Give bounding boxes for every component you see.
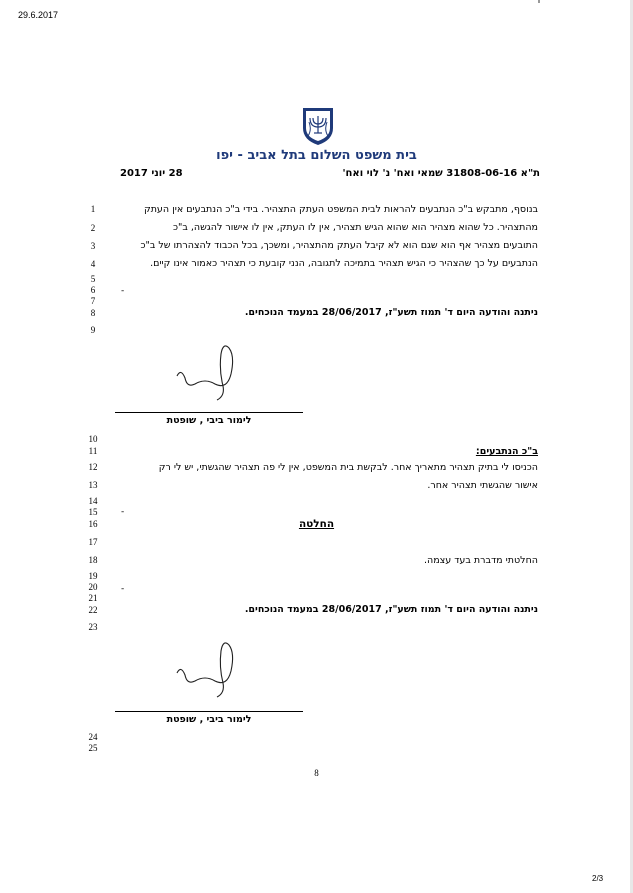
- line-number: 6: [86, 285, 100, 295]
- judge-name-2: לימור ביבי , שופטת: [115, 714, 303, 725]
- line-number: 8: [86, 308, 100, 318]
- line-number: 5: [86, 274, 100, 284]
- court-name: בית משפט השלום בתל אביב - יפו: [0, 148, 633, 163]
- print-page-indicator: 2/3: [592, 874, 603, 883]
- body-line-1: בנוסף, מתבקש ב"כ הנתבעים להראות לבית המש…: [120, 204, 538, 215]
- body-line-18: החלטתי מדברת בעד עצמה.: [120, 555, 538, 566]
- signature-line: [115, 711, 303, 712]
- line-number: 11: [86, 446, 100, 456]
- line-number: 23: [86, 622, 100, 632]
- dash-mark: -: [121, 286, 124, 296]
- dash-mark: -: [121, 507, 124, 517]
- signature-line: [115, 412, 303, 413]
- line-number: 3: [86, 241, 100, 251]
- decision-heading: החלטה: [0, 518, 633, 530]
- given-statement-1: ניתנה והודעה היום ד' תמוז תשע"ז, 28/06/2…: [120, 307, 538, 318]
- dash-mark: -: [121, 584, 124, 594]
- line-number: 17: [86, 537, 100, 547]
- given-statement-2: ניתנה והודעה היום ד' תמוז תשע"ז, 28/06/2…: [120, 604, 538, 615]
- defendants-counsel-heading: ב"כ הנתבעים:: [120, 446, 538, 457]
- line-number: 24: [86, 732, 100, 742]
- line-number: 14: [86, 496, 100, 506]
- line-number: 19: [86, 571, 100, 581]
- case-date: 28 יוני 2017: [120, 168, 183, 179]
- body-line-2: מהתצהיר. כל שהוא מצהיר הוא שהוא הגיש תצה…: [120, 222, 538, 233]
- line-number: 21: [86, 593, 100, 603]
- line-number: 25: [86, 743, 100, 753]
- state-emblem-icon: [301, 106, 335, 146]
- judge-signature-1: [165, 338, 245, 408]
- page-number: 8: [0, 768, 633, 778]
- line-number: 20: [86, 582, 100, 592]
- line-number: 13: [86, 480, 100, 490]
- judge-name-1: לימור ביבי , שופטת: [115, 415, 303, 426]
- body-line-3: התובעים מצהיר אף הוא שגם הוא לא קיבל העת…: [120, 240, 538, 251]
- line-number: 2: [86, 223, 100, 233]
- line-number: 15: [86, 507, 100, 517]
- line-number: 9: [86, 325, 100, 335]
- line-number: 22: [86, 605, 100, 615]
- body-line-4: הנתבעים על כך שהצהיר כי הגיש תצהיר בתמיכ…: [120, 258, 538, 269]
- line-number: 1: [86, 204, 100, 214]
- line-number: 7: [86, 296, 100, 306]
- body-line-12: הכניסו לי בתיק תצהיר מתאריך אחר. לבקשת ב…: [120, 462, 538, 473]
- line-number: 4: [86, 259, 100, 269]
- line-number: 18: [86, 555, 100, 565]
- case-header: ת"א 31808-06-16 שמאי ואח' נ' לוי ואח' 28…: [120, 168, 540, 182]
- page-edge-mark: [538, 0, 540, 3]
- judge-signature-2: [165, 635, 245, 705]
- line-number: 12: [86, 462, 100, 472]
- print-date: 29.6.2017: [18, 10, 58, 20]
- body-line-13: אישור שהגשתי תצהיר אחר.: [120, 480, 538, 491]
- line-number: 10: [86, 434, 100, 444]
- case-title: ת"א 31808-06-16 שמאי ואח' נ' לוי ואח': [342, 168, 540, 179]
